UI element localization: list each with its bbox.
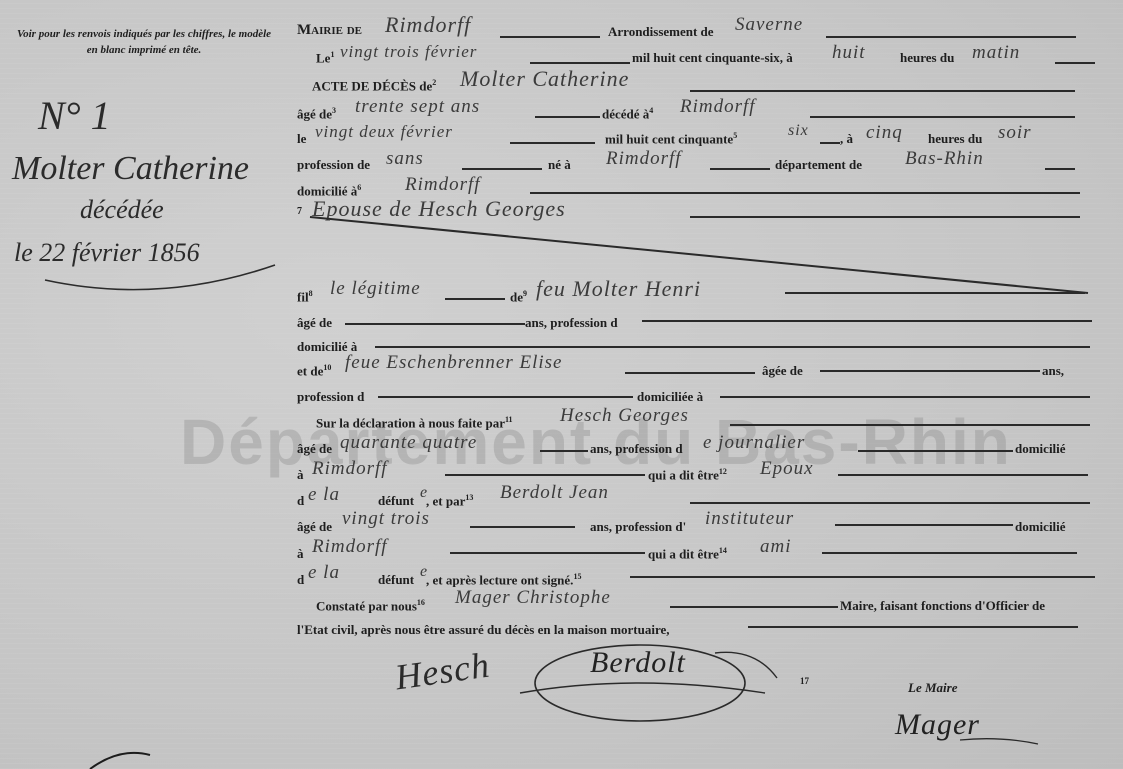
footnote-17: 17	[800, 676, 809, 686]
declarant1-age-value: quarante quatre	[340, 432, 477, 454]
declarant1-value: Hesch Georges	[560, 405, 689, 427]
hour-value: huit	[832, 42, 866, 64]
hour-label: heures du	[900, 50, 954, 66]
father-ans-label: ans, profession d	[525, 315, 618, 331]
mayor-name-value: Mager Christophe	[455, 587, 611, 609]
profession-label: profession de	[297, 157, 370, 173]
et-par-label: , et par13	[426, 493, 473, 509]
entry-number: N° 1	[38, 92, 111, 139]
mother-value: feue Eschenbrenner Elise	[345, 352, 562, 374]
death-date-label: le	[297, 131, 306, 147]
lecture-prefix: d	[297, 572, 304, 588]
bottom-flourish	[80, 745, 160, 769]
declarant2-age-value: vingt trois	[342, 508, 430, 530]
mairie-value: Rimdorff	[385, 12, 471, 38]
defunt-label: défunt	[378, 493, 414, 509]
declarant1-relation-label: qui a dit être12	[648, 467, 727, 483]
father-de-label: de9	[510, 289, 527, 305]
margin-instruction: Voir pour les renvois indiqués par les c…	[14, 26, 274, 58]
arrondissement-label: Arrondissement de	[608, 24, 714, 40]
lecture-defunt: défunt	[378, 572, 414, 588]
de-label: d	[297, 493, 304, 509]
declarant1-domicile-label: domicilié	[1015, 441, 1066, 457]
declarant1-place-prefix: à	[297, 467, 304, 483]
declarant1-profession-value: e journalier	[703, 432, 805, 454]
deceased-name-value: Molter Catherine	[460, 66, 629, 92]
mother-ans-label: ans,	[1042, 363, 1064, 379]
de-la-value: e la	[308, 484, 340, 506]
etat-civil-label: l'Etat civil, après nous être assuré du …	[297, 622, 670, 638]
mother-label: et de10	[297, 363, 331, 379]
born-value: Rimdorff	[606, 148, 682, 170]
declarant2-relation-value: ami	[760, 536, 792, 558]
domicile-value: Rimdorff	[405, 174, 481, 196]
profession-value: sans	[386, 148, 424, 170]
fils-label: fil8	[297, 289, 313, 305]
year-text: mil huit cent cinquante-six, à	[632, 50, 793, 66]
mayor-signature-tail	[960, 730, 1040, 750]
maire-role-label: Maire, faisant fonctions d'Officier de	[840, 598, 1045, 614]
fils-value: le légitime	[330, 278, 421, 300]
act-date-value: vingt trois février	[340, 42, 477, 62]
declarant2-domicile-label: domicilié	[1015, 519, 1066, 535]
death-year-value: six	[788, 122, 809, 140]
signature-declarant1: Hesch	[393, 644, 493, 699]
declarant2-profession-value: instituteur	[705, 508, 794, 530]
declarant2-relation-label: qui a dit être14	[648, 546, 727, 562]
departement-label: département de	[775, 157, 862, 173]
declarant1-relation-value: Epoux	[760, 458, 814, 480]
age-label: âgé de3	[297, 106, 336, 122]
mother-profession-label: profession d	[297, 389, 364, 405]
declarant1-ans-label: ans, profession d	[590, 441, 683, 457]
flourish-underline	[40, 260, 280, 300]
constate-label: Constaté par nous16	[316, 598, 425, 614]
acte-label: ACTE DE DÉCÈS de2	[312, 78, 436, 94]
father-age-label: âgé de	[297, 315, 332, 331]
arrondissement-value: Saverne	[735, 14, 803, 36]
declarant2-place-prefix: à	[297, 546, 304, 562]
declarant2-ans-label: ans, profession d'	[590, 519, 686, 535]
declarant1-place-value: Rimdorff	[312, 458, 388, 480]
departement-value: Bas-Rhin	[905, 148, 984, 170]
death-hour-prefix: , à	[840, 131, 853, 147]
declarant2-place-value: Rimdorff	[312, 536, 388, 558]
born-label: né à	[548, 157, 571, 173]
declarant1-age-label: âgé de	[297, 441, 332, 457]
mairie-label: Mairie de	[297, 22, 362, 38]
lecture-la-value: e la	[308, 562, 340, 584]
entry-status: décédée	[80, 195, 164, 225]
entry-name: Molter Catherine	[12, 150, 249, 188]
mother-domicile-label: domiciliée à	[637, 389, 703, 405]
death-hour-label: heures du	[928, 131, 982, 147]
declarant2-value: Berdolt Jean	[500, 482, 609, 504]
lecture-label: , et après lecture ont signé.15	[426, 572, 581, 588]
age-value: trente sept ans	[355, 96, 480, 118]
decede-label: décédé à4	[602, 106, 653, 122]
declaration-label: Sur la déclaration à nous faite par11	[316, 415, 513, 431]
le-maire-label: Le Maire	[908, 680, 957, 696]
signature-declarant2: Berdolt	[590, 646, 686, 680]
declarant2-age-label: âgé de	[297, 519, 332, 535]
decede-place-value: Rimdorff	[680, 96, 756, 118]
father-value: feu Molter Henri	[536, 276, 701, 302]
death-time-value: soir	[998, 122, 1032, 144]
le-label: Le1	[316, 50, 334, 66]
death-date-value: vingt deux février	[315, 122, 453, 142]
death-year-text: mil huit cent cinquante5	[605, 131, 737, 147]
mother-age-label: âgée de	[762, 363, 803, 379]
death-hour-value: cinq	[866, 122, 903, 144]
mairie-row: Mairie de	[297, 22, 362, 39]
time-of-day-value: matin	[972, 42, 1020, 64]
